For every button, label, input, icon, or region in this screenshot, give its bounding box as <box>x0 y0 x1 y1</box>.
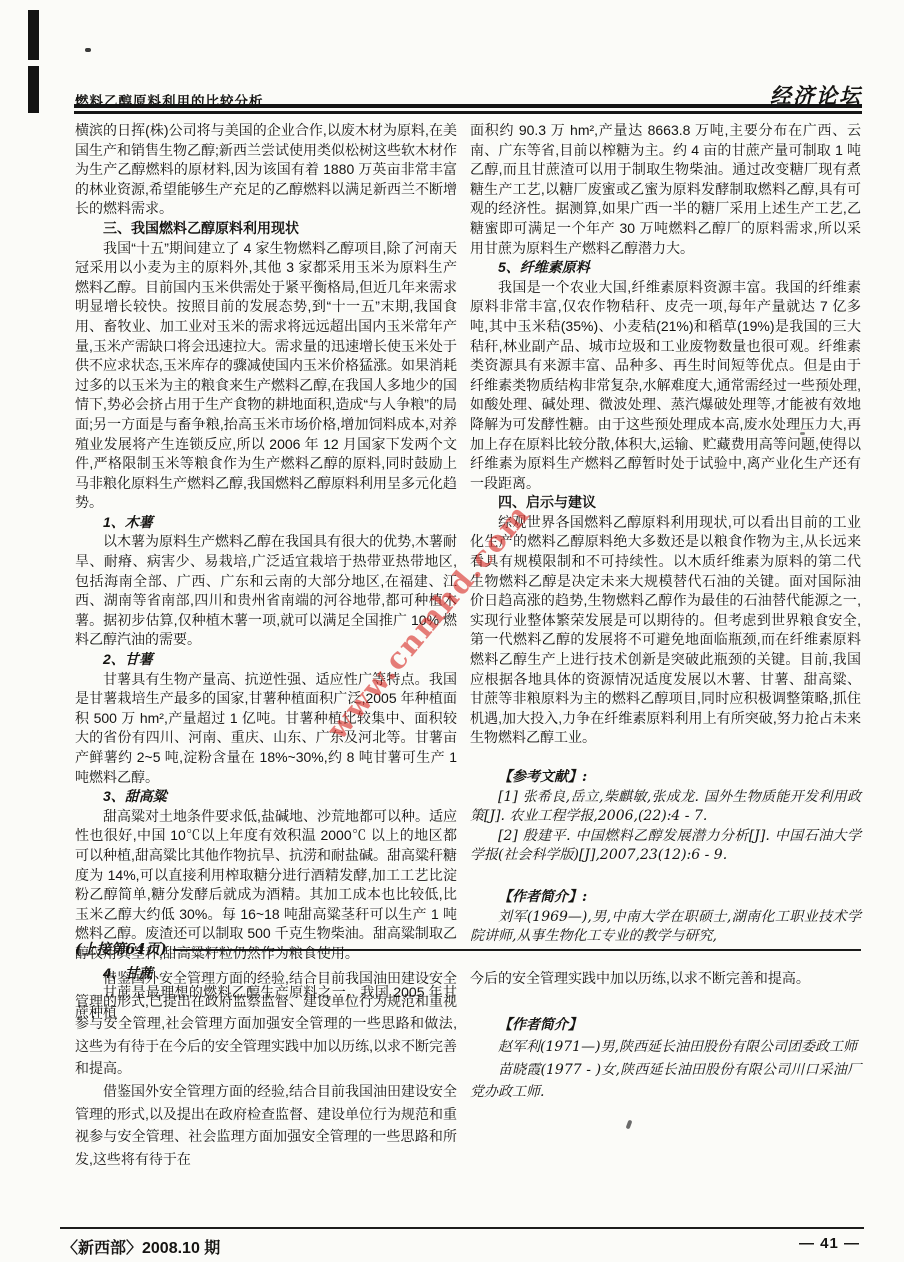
paragraph: 我国“十五”期间建立了 4 家生物燃料乙醇项目,除了河南天冠采用以小麦为主的原料… <box>75 239 457 513</box>
subsection-heading: 1、木薯 <box>75 513 457 533</box>
page-number: — 41 — <box>799 1235 860 1258</box>
subsection-heading: 5、纤维素原料 <box>470 258 861 278</box>
header-rule-thick <box>74 104 862 108</box>
article-right-column: 面积约 90.3 万 hm²,产量达 8663.8 万吨,主要分布在广西、云南、… <box>470 121 861 1022</box>
paragraph: 综观世界各国燃料乙醇原料利用现状,可以看出目前的工业化生产的燃料乙醇原料绝大多数… <box>470 513 861 748</box>
paragraph: 我国是一个农业大国,纤维素原料资源丰富。我国的纤维素原料非常丰富,仅农作物秸秆、… <box>470 278 861 494</box>
continued-label-row: (上接第64页) <box>75 938 861 959</box>
scan-artifact <box>28 66 39 113</box>
bracket-heading: 【参考文献】: <box>470 768 861 788</box>
continued-section: (上接第64页) 借鉴国外安全管理方面的经验,结合目前我国油田建设安全管理的形式… <box>75 938 861 1170</box>
page-footer: 〈新西部〉2008.10 期 — 41 — <box>62 1235 860 1258</box>
continued-label: (上接第64页) <box>75 938 167 959</box>
article-body: 横滨的日挥(株)公司将与美国的企业合作,以废木材为原料,在美国生产和销售生物乙醇… <box>75 121 861 1022</box>
scan-artifact <box>28 10 39 60</box>
journal-name: 〈新西部〉2008.10 期 <box>62 1235 220 1258</box>
section-heading: 三、我国燃料乙醇原料利用现状 <box>75 219 457 239</box>
subsection-heading: 2、甘薯 <box>75 650 457 670</box>
footer-rule <box>60 1227 864 1229</box>
bracket-heading: 【作者简介】: <box>470 888 861 908</box>
paragraph-continuation: 面积约 90.3 万 hm²,产量达 8663.8 万吨,主要分布在广西、云南、… <box>470 121 861 258</box>
paragraph-continuation: 今后的安全管理实践中加以历练,以求不断完善和提高。 <box>470 967 861 990</box>
kai-paragraph: 苗晓霞(1977 - )女,陕西延长油田股份有限公司川口采油厂党办政工师. <box>470 1059 861 1104</box>
paragraph: 借鉴国外安全管理方面的经验,结合目前我国油田建设安全管理的形式,以及提出在政府检… <box>75 1080 457 1170</box>
paragraph: 甘薯具有生物产量高、抗逆性强、适应性广等特点。我国是甘薯栽培生产最多的国家,甘薯… <box>75 670 457 788</box>
header-rule <box>74 104 862 114</box>
kai-paragraph: [2] 殷建平. 中国燃料乙醇发展潜力分析[J]. 中国石油大学学报(社会科学版… <box>470 827 861 866</box>
paragraph-continuation: 横滨的日挥(株)公司将与美国的企业合作,以废木材为原料,在美国生产和销售生物乙醇… <box>75 121 457 219</box>
section-heading: 四、启示与建议 <box>470 493 861 513</box>
bracket-heading: 【作者简介】 <box>470 1014 861 1037</box>
subsection-heading: 3、甜高粱 <box>75 787 457 807</box>
continued-left-column: 借鉴国外安全管理方面的经验,结合目前我国油田建设安全管理的形式,已提出在政府监察… <box>75 967 457 1170</box>
continued-columns: 借鉴国外安全管理方面的经验,结合目前我国油田建设安全管理的形式,已提出在政府监察… <box>75 967 861 1170</box>
article-left-column: 横滨的日挥(株)公司将与美国的企业合作,以废木材为原料,在美国生产和销售生物乙醇… <box>75 121 457 1022</box>
header-rule-thin <box>74 111 862 114</box>
paragraph: 借鉴国外安全管理方面的经验,结合目前我国油田建设安全管理的形式,已提出在政府监察… <box>75 967 457 1080</box>
paragraph: 以木薯为原料生产燃料乙醇在我国具有很大的优势,木薯耐旱、耐瘠、病害少、易栽培,广… <box>75 532 457 650</box>
continued-rule <box>173 949 861 951</box>
scanned-journal-page: 燃料乙醇原料利用的比较分析 经济论坛 横滨的日挥(株)公司将与美国的企业合作,以… <box>0 0 904 1262</box>
kai-paragraph: [1] 张希良,岳立,柴麒敏,张成龙. 国外生物质能开发利用政策[J]. 农业工… <box>470 788 861 827</box>
scan-artifact <box>85 48 91 52</box>
continued-right-column: 今后的安全管理实践中加以历练,以求不断完善和提高。【作者简介】赵军利(1971—… <box>470 967 861 1170</box>
kai-paragraph: 赵军利(1971—)男,陕西延长油田股份有限公司团委政工师 <box>470 1036 861 1059</box>
